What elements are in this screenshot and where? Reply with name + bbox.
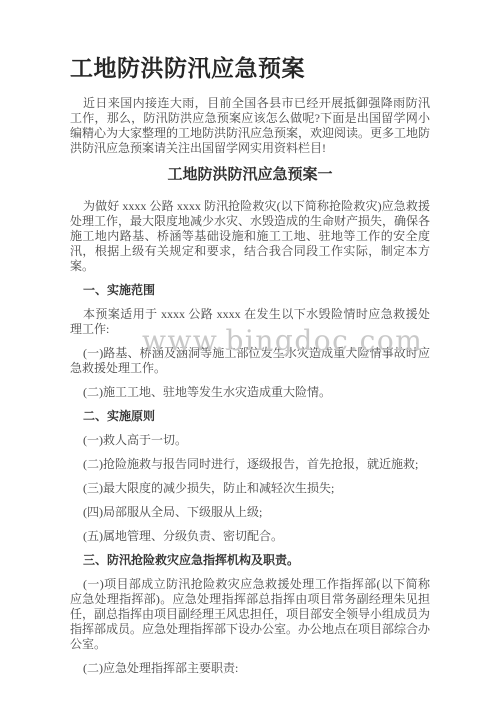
document-title: 工地防洪防汛应急预案 xyxy=(70,54,430,84)
section3-paragraph-2: (二)应急处理指挥部主要职责: xyxy=(70,661,430,676)
section2-paragraph-5: (五)属地管理、分级负责、密切配合。 xyxy=(70,529,430,544)
section3-paragraph-1: (一)项目部成立防汛抢险救灾应急救援处理工作指挥部(以下简称应急处理指挥部)。应… xyxy=(70,577,430,652)
section2-paragraph-2: (二)抢险施救与报告同时进行，逐级报告，首先抢报，就近施救; xyxy=(70,457,430,472)
section1-paragraph-2: (一)路基、桥涵及涵洞等施工部位发生水灾造成重大险情事故时应急救援处理工作。 xyxy=(70,346,430,376)
section1-heading: 一、实施范围 xyxy=(70,283,430,298)
intro-paragraph: 近日来国内接连大雨，目前全国各县市已经开展抵御强降雨防汛工作，那么，防汛防洪应急… xyxy=(70,96,430,156)
plan-title: 工地防洪防汛应急预案一 xyxy=(70,165,430,185)
section2-heading: 二、实施原则 xyxy=(70,409,430,424)
document-content: 工地防洪防汛应急预案 近日来国内接连大雨，目前全国各县市已经开展抵御强降雨防汛工… xyxy=(0,0,500,676)
overview-paragraph: 为做好 xxxx 公路 xxxx 防汛抢险救灾(以下简称抢险救灾)应急救援处理工… xyxy=(70,199,430,274)
section3-heading: 三、防汛抢险救灾应急指挥机构及职责。 xyxy=(70,553,430,568)
section2-paragraph-3: (三)最大限度的减少损失，防止和减轻次生损失; xyxy=(70,481,430,496)
section1-paragraph-3: (二)施工工地、驻地等发生水灾造成重大险情。 xyxy=(70,385,430,400)
section2-paragraph-4: (四)局部服从全局、下级服从上级; xyxy=(70,505,430,520)
section2-paragraph-1: (一)救人高于一切。 xyxy=(70,433,430,448)
document-page: www.bingdoc.com 工地防洪防汛应急预案 近日来国内接连大雨，目前全… xyxy=(0,0,500,708)
section1-paragraph-1: 本预案适用于 xxxx 公路 xxxx 在发生以下水毁险情时应急救援处理工作: xyxy=(70,307,430,337)
